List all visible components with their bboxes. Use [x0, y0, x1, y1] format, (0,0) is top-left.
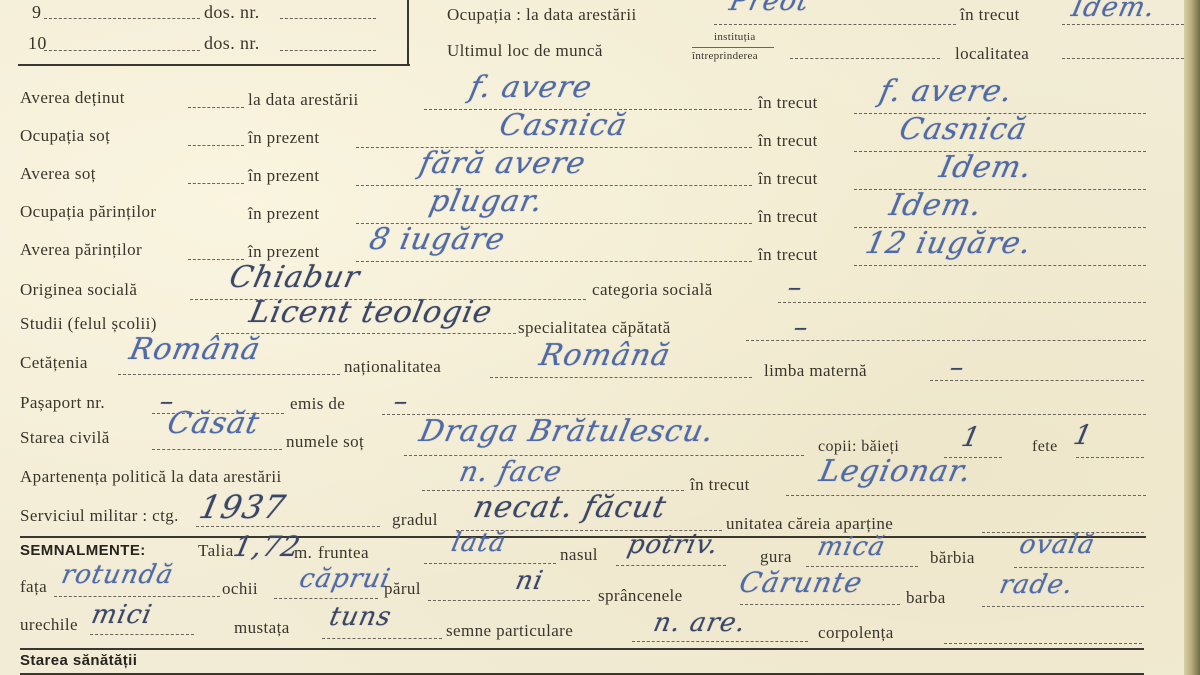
field-past-value: Idem. [886, 188, 985, 223]
field-mid-label: în prezent [248, 128, 320, 148]
dotted-line [152, 449, 282, 450]
mouth-value: mică [815, 532, 888, 562]
beard-value: rade. [997, 570, 1077, 600]
dotted-line [424, 563, 556, 564]
mother-tongue-value: – [947, 352, 968, 383]
passport-issued-value: – [391, 386, 412, 417]
row-number-9: 9 [32, 2, 41, 23]
dotted-line [944, 643, 1142, 644]
field-mid-label: în prezent [248, 204, 320, 224]
dotted-line [44, 50, 200, 51]
dossier-label-10: dos. nr. [204, 33, 260, 54]
political-value: n. face [456, 455, 565, 488]
workplace-label: Ultimul loc de muncă [447, 41, 603, 61]
field-value: 8 iugăre [366, 222, 508, 257]
social-category-value: – [785, 272, 806, 303]
dotted-line [356, 185, 752, 186]
marks-value: n. are. [651, 608, 749, 638]
occupation-past-value: Idem. [1069, 0, 1159, 23]
build-label: corpolența [818, 623, 894, 643]
field-past-value: Casnică [896, 112, 1030, 147]
occupation-past-label: în trecut [960, 5, 1020, 25]
field-past-label: în trecut [758, 93, 818, 113]
mother-tongue-label: limba maternă [764, 361, 867, 381]
section-rule [20, 648, 1144, 650]
military-value: 1937 [196, 488, 290, 526]
dotted-line [1062, 58, 1184, 59]
dotted-line [280, 50, 376, 51]
studies-value: Licent teologie [246, 295, 496, 330]
field-label: Averea deținut [20, 88, 125, 108]
beard-label: barba [906, 588, 946, 608]
dotted-line [740, 604, 900, 605]
dotted-line [632, 641, 808, 642]
children-boys-value: 1 [959, 422, 984, 453]
ears-value: mici [89, 600, 155, 630]
dotted-line [322, 638, 442, 639]
passport-issued-label: emis de [290, 394, 345, 414]
studies-label: Studii (felul școlii) [20, 314, 157, 334]
dotted-line [1062, 24, 1184, 25]
height-unit: m. [294, 543, 312, 563]
civil-status-value: Căsăt [164, 406, 263, 441]
mustache-value: tuns [327, 602, 395, 632]
dotted-line [118, 374, 340, 375]
occupation-value: Preot [727, 0, 813, 17]
field-value: plugar. [426, 184, 546, 219]
field-past-label: în trecut [758, 207, 818, 227]
dotted-line [280, 18, 376, 19]
mustache-label: mustața [234, 618, 290, 638]
dotted-line [778, 302, 1146, 303]
dotted-line [196, 526, 380, 527]
dotted-line [274, 598, 378, 599]
height-value: 1,72 [230, 530, 303, 563]
civil-status-label: Starea civilă [20, 428, 110, 448]
fraction-line [692, 47, 774, 48]
hair-value: ni [513, 566, 546, 596]
children-girls-label: fete [1032, 438, 1058, 456]
health-label: Starea sănătății [20, 652, 137, 669]
dotted-line [188, 145, 244, 146]
dotted-line [44, 18, 200, 19]
face-label: fața [20, 577, 47, 597]
dotted-line [616, 565, 726, 566]
nationality-label: naționalitatea [344, 357, 441, 377]
dotted-line [90, 634, 194, 635]
mouth-label: gura [760, 547, 792, 567]
eyebrows-value: Cărunte [736, 566, 865, 599]
dotted-line [188, 107, 244, 108]
specialty-label: specialitatea căpătată [518, 318, 671, 338]
field-mid-label: în prezent [248, 166, 320, 186]
field-value: Casnică [496, 108, 630, 143]
chin-value: ovală [1017, 530, 1098, 560]
social-category-label: categoria socială [592, 280, 713, 300]
dotted-line [790, 58, 940, 59]
eyebrows-label: sprâncenele [598, 586, 683, 606]
political-past-value: Legionar. [816, 454, 975, 489]
dotted-line [356, 261, 752, 262]
nose-value: potriv. [625, 530, 722, 560]
box-bottom-rule [18, 64, 410, 66]
social-origin-label: Originea socială [20, 280, 137, 300]
dotted-line [1014, 567, 1144, 568]
chin-label: bărbia [930, 548, 975, 568]
field-value: f. avere [466, 70, 595, 105]
locality-label: localitatea [955, 44, 1029, 64]
military-unit-label: unitatea căreia aparține [726, 514, 893, 534]
dotted-line [490, 377, 752, 378]
children-girls-value: 1 [1071, 420, 1096, 451]
dotted-line [854, 265, 1146, 266]
military-rank-value: necat. făcut [470, 490, 670, 525]
political-label: Apartenența politică la data arestării [20, 467, 282, 487]
section-rule [20, 536, 1146, 538]
eyes-value: căprui [297, 564, 394, 594]
dotted-line [714, 24, 956, 25]
dotted-line [930, 380, 1144, 381]
political-past-label: în trecut [690, 475, 750, 495]
hair-label: părul [384, 579, 421, 599]
spouse-label: numele soț [286, 432, 364, 452]
field-value: fără avere [416, 146, 589, 181]
field-past-label: în trecut [758, 245, 818, 265]
dotted-line [188, 183, 244, 184]
marks-label: semne particulare [446, 621, 573, 641]
dotted-line [1076, 457, 1144, 458]
specialty-value: – [791, 312, 812, 343]
field-label: Averea părinților [20, 240, 142, 260]
field-label: Ocupația soț [20, 126, 110, 146]
social-origin-value: Chiabur [226, 260, 363, 295]
field-mid-label: în prezent [248, 242, 320, 262]
box-border [407, 0, 409, 64]
occupation-label: Ocupația : la data arestării [447, 5, 637, 25]
forehead-value: lată [449, 528, 509, 558]
ears-label: urechile [20, 615, 78, 635]
field-mid-label: la data arestării [248, 90, 359, 110]
dotted-line [982, 606, 1144, 607]
field-past-value: 12 iugăre. [862, 226, 1035, 261]
field-label: Ocupația părinților [20, 202, 156, 222]
citizenship-value: Română [126, 332, 264, 367]
eyes-label: ochii [222, 579, 258, 599]
dotted-line [786, 495, 1146, 496]
field-past-label: în trecut [758, 169, 818, 189]
passport-label: Pașaport nr. [20, 393, 105, 413]
card-edge [1184, 0, 1200, 675]
workplace-sub-bottom: întreprinderea [692, 50, 758, 62]
nose-label: nasul [560, 545, 598, 565]
military-rank-label: gradul [392, 510, 438, 530]
nationality-value: Română [536, 338, 674, 373]
face-value: rotundă [59, 560, 177, 590]
field-past-label: în trecut [758, 131, 818, 151]
workplace-sub-top: instituția [714, 31, 756, 43]
description-heading: SEMNALMENTE: [20, 542, 146, 559]
dotted-line [54, 596, 220, 597]
dotted-line [746, 340, 1146, 341]
field-label: Averea soț [20, 164, 96, 184]
field-past-value: f. avere. [876, 74, 1016, 109]
dotted-line [428, 600, 590, 601]
military-label: Serviciul militar : ctg. [20, 506, 179, 526]
dossier-label-9: dos. nr. [204, 2, 260, 23]
citizenship-label: Cetățenia [20, 353, 88, 373]
spouse-value: Draga Brătulescu. [416, 414, 717, 449]
height-label: Talia [198, 541, 234, 561]
forehead-label: fruntea [318, 543, 369, 563]
field-past-value: Idem. [936, 150, 1035, 185]
